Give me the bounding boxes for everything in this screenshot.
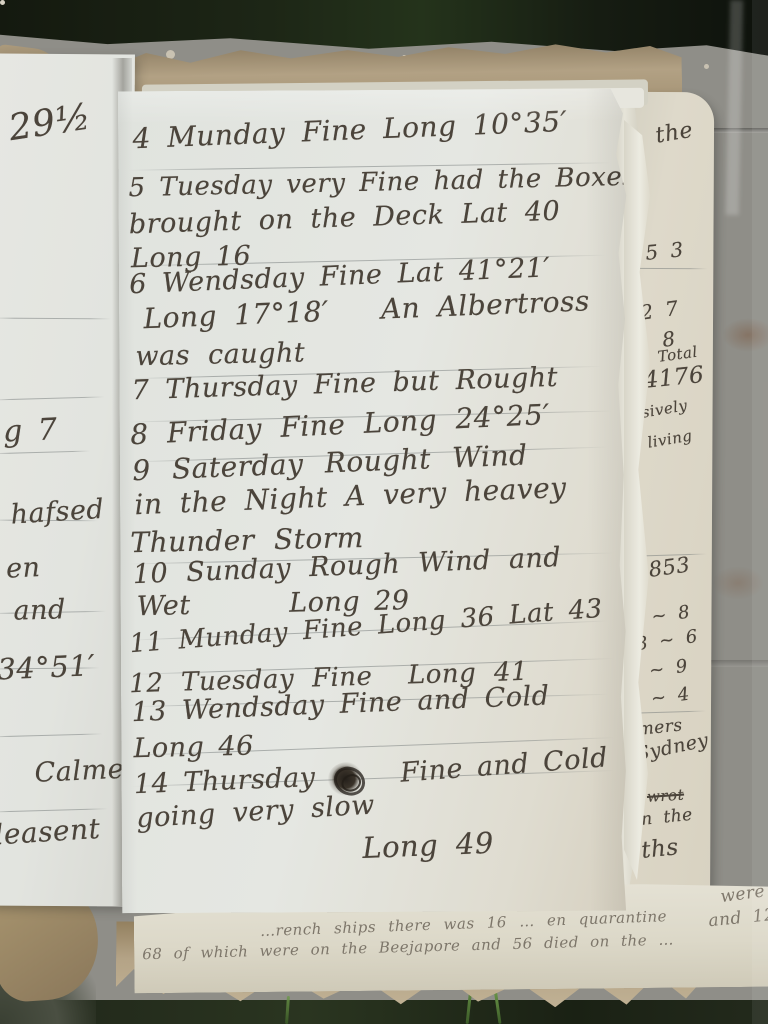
journal-line: Long 46 bbox=[133, 733, 254, 763]
left-page-fragment: 29½ bbox=[7, 99, 94, 147]
journal-line: 14 Thursday bbox=[133, 764, 316, 798]
journal-line: brought on the Deck Lat 40 bbox=[128, 198, 560, 239]
right-page-fragment: the bbox=[654, 120, 695, 148]
journal-line: Long 49 bbox=[362, 829, 495, 863]
right-page-fragment: 4176 bbox=[643, 364, 706, 393]
left-page-fragment: 34°51′ bbox=[0, 651, 96, 684]
left-page-fragment: leasent bbox=[0, 815, 101, 850]
ruled-line bbox=[0, 450, 90, 454]
right-page-fragment: 2 7 bbox=[639, 298, 680, 323]
right-page-fragment: living bbox=[646, 428, 693, 450]
ruled-line bbox=[0, 318, 111, 320]
right-page-fragment: ths bbox=[640, 836, 679, 863]
glass-reflection bbox=[752, 0, 768, 1024]
right-page-fragment: 5 3 bbox=[644, 239, 684, 263]
ruled-line bbox=[0, 396, 105, 400]
left-page-fragment: and bbox=[13, 596, 66, 624]
dark-gap-bottom bbox=[0, 1000, 768, 1024]
left-page-fragment: en bbox=[5, 554, 41, 583]
left-page-fragment: g 7 bbox=[2, 415, 58, 447]
left-page-fragment: hafsed bbox=[10, 496, 105, 529]
journal-line: was caught bbox=[135, 339, 305, 370]
right-page-fragment: n the bbox=[640, 807, 693, 829]
debris-specks bbox=[0, 0, 5, 5]
right-page-fragment: Total bbox=[657, 345, 699, 365]
journal-line: Fine and Cold bbox=[399, 744, 608, 787]
ruled-line bbox=[0, 733, 102, 737]
journal-line: 4 Munday Fine Long 10°35′ bbox=[132, 108, 568, 153]
bottom-note-line: 68 of which were on the Beejapore and 56… bbox=[142, 932, 674, 962]
crossed-out-word: wrot bbox=[647, 788, 685, 805]
journal-page: 4 Munday Fine Long 10°35′ 5 Tuesday very… bbox=[118, 89, 630, 914]
right-page-fragment: sively bbox=[641, 398, 689, 421]
